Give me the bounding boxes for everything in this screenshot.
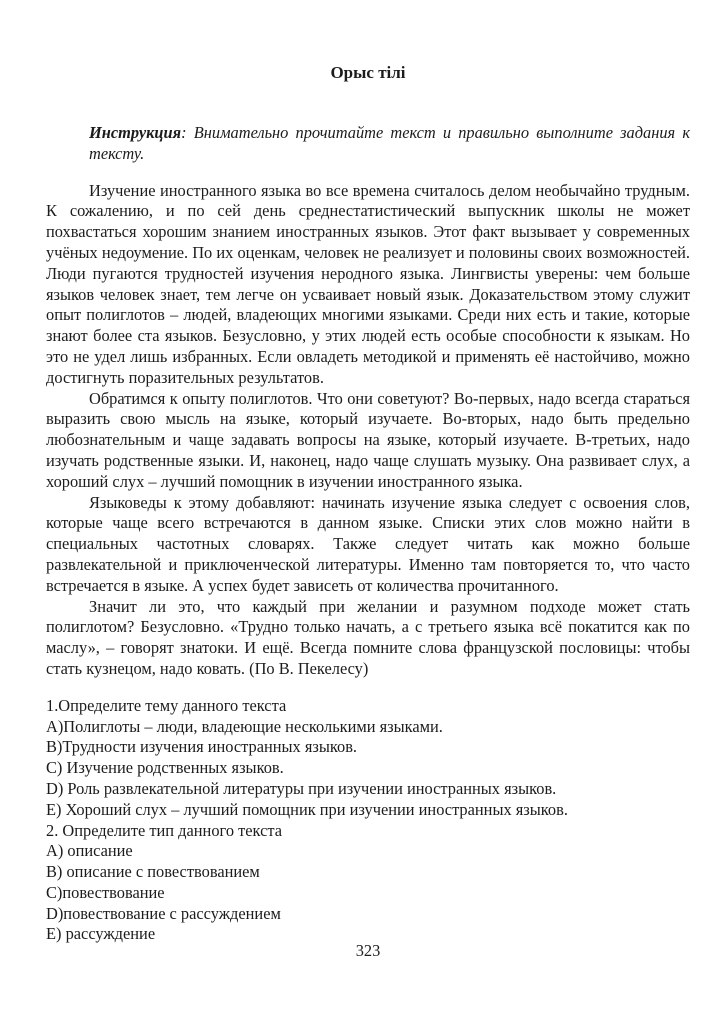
questions-section: 1.Определите тему данного текста А)Полиг… <box>46 696 690 946</box>
page-number: 323 <box>46 941 690 962</box>
instruction-paragraph: Инструкция: Внимательно прочитайте текст… <box>89 123 690 165</box>
document-title: Орыс тілі <box>46 62 690 83</box>
instruction-separator: : <box>181 123 186 142</box>
body-paragraph: Изучение иностранного языка во все време… <box>46 181 690 389</box>
answer-option: А)Полиглоты – люди, владеющие нескольким… <box>46 717 690 738</box>
answer-option: С) Изучение родственных языков. <box>46 758 690 779</box>
body-paragraph: Обратимся к опыту полиглотов. Что они со… <box>46 389 690 493</box>
question-heading: 2. Определите тип данного текста <box>46 821 690 842</box>
answer-option: А) описание <box>46 841 690 862</box>
answer-option: D) Роль развлекательной литературы при и… <box>46 779 690 800</box>
instruction-label: Инструкция <box>89 123 181 142</box>
body-paragraph: Значит ли это, что каждый при желании и … <box>46 597 690 680</box>
reading-text: Изучение иностранного языка во все време… <box>46 181 690 680</box>
document-page: Орыс тілі Инструкция: Внимательно прочит… <box>0 0 724 1024</box>
answer-option: В)Трудности изучения иностранных языков. <box>46 737 690 758</box>
answer-option: Е) Хороший слух – лучший помощник при из… <box>46 800 690 821</box>
answer-option: D)повествование с рассуждением <box>46 904 690 925</box>
body-paragraph: Языковеды к этому добавляют: начинать из… <box>46 493 690 597</box>
answer-option: В) описание с повествованием <box>46 862 690 883</box>
question-heading: 1.Определите тему данного текста <box>46 696 690 717</box>
answer-option: С)повествование <box>46 883 690 904</box>
